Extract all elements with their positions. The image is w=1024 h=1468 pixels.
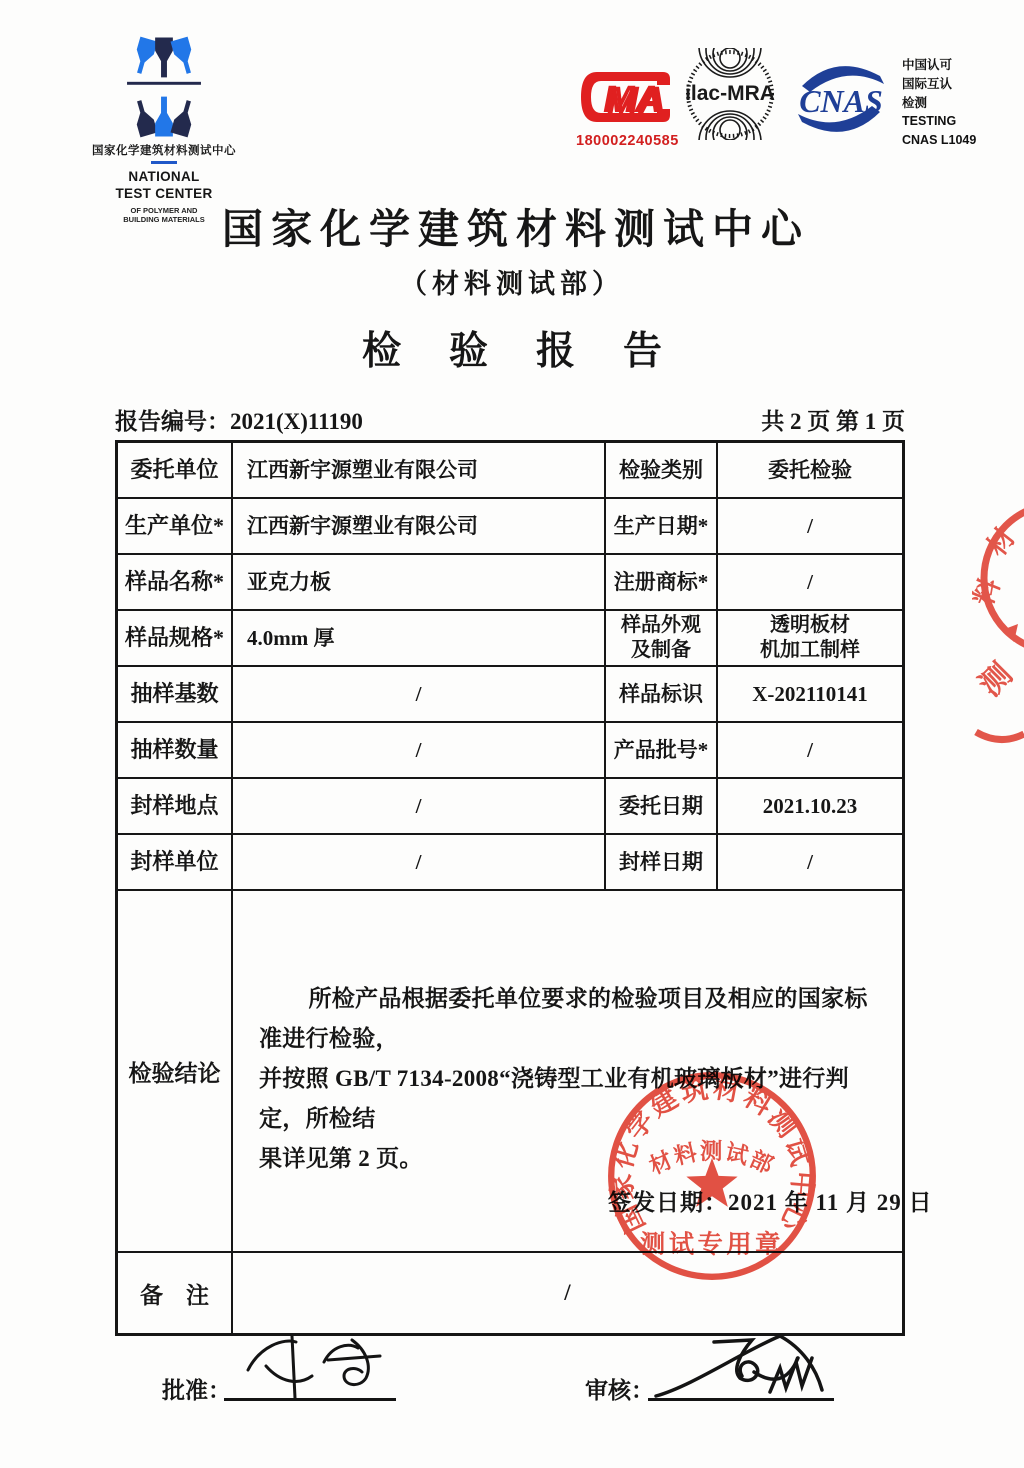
row-label: 抽样基数 — [118, 667, 233, 721]
pagination: 共 2 页 第 1 页 — [761, 403, 905, 436]
row-value: 委托检验 — [718, 443, 902, 497]
remark-label: 备 注 — [118, 1253, 233, 1333]
row-value: / — [718, 499, 902, 553]
row-label: 样品名称* — [118, 555, 233, 609]
table-row: 抽样数量 / 产品批号* / — [118, 723, 902, 779]
row-value: / — [718, 723, 902, 777]
ilac-block: ilac-MRA — [684, 48, 776, 145]
conclusion-label: 检验结论 — [118, 891, 233, 1251]
row-value: 2021.10.23 — [718, 779, 902, 833]
edge-stamp-bottom: 测 — [972, 652, 1024, 748]
row-value: X-202110141 — [718, 667, 902, 721]
report-number: 报告编号：2021(X)11190 — [115, 403, 363, 436]
approver-signature — [240, 1332, 420, 1404]
edge-stamp-char: 料 — [972, 574, 1006, 610]
report-meta-row: 报告编号：2021(X)11190 共 2 页 第 1 页 — [115, 400, 905, 436]
row-label: 委托单位 — [118, 443, 233, 497]
review-label: 审核： — [585, 1372, 654, 1405]
svg-text:MA: MA — [603, 79, 662, 121]
reviewer-signature — [652, 1328, 852, 1406]
row-label: 样品外观及制备 — [606, 611, 718, 665]
row-label: 封样单位 — [118, 835, 233, 889]
row-value: / — [233, 779, 606, 833]
row-label: 抽样数量 — [118, 723, 233, 777]
cma-logo: MA MA — [577, 68, 675, 126]
row-value: / — [718, 835, 902, 889]
issue-date: 签发日期：2021 年 11 月 29 日 — [608, 1184, 932, 1217]
row-label: 封样地点 — [118, 779, 233, 833]
table-row: 样品规格* 4.0mm 厚 样品外观及制备 透明板材机加工制样 — [118, 611, 902, 667]
row-value: 江西新宇源塑业有限公司 — [233, 499, 606, 553]
table-row: 样品名称* 亚克力板 注册商标* / — [118, 555, 902, 611]
accreditation-text: 中国认可国际互认检测TESTINGCNAS L1049 — [902, 56, 976, 150]
cnas-block: CNAS — [788, 60, 894, 143]
seal-bottom-text: 测试专用章 — [640, 1230, 784, 1259]
org-underline — [151, 161, 177, 164]
cnas-logo: CNAS — [788, 60, 894, 138]
row-label: 样品标识 — [606, 667, 718, 721]
ilac-label: ilac-MRA — [685, 82, 775, 105]
org-logo-icon — [127, 36, 201, 138]
row-value: / — [233, 667, 606, 721]
edge-stamp-top: 材 料 — [972, 502, 1024, 654]
cnas-label: CNAS — [799, 83, 883, 119]
row-value: 江西新宇源塑业有限公司 — [233, 443, 606, 497]
org-name-cn: 国家化学建筑材料测试中心 — [76, 142, 252, 158]
table-row: 委托单位 江西新宇源塑业有限公司 检验类别 委托检验 — [118, 443, 902, 499]
approve-label: 批准： — [162, 1372, 231, 1405]
ilac-mra-logo: ilac-MRA — [684, 48, 776, 140]
edge-stamp-char: 测 — [972, 656, 1019, 703]
row-label: 生产日期* — [606, 499, 718, 553]
row-label: 注册商标* — [606, 555, 718, 609]
round-seal-stamp: 国家化学建筑材料测试中心 材料测试部 测试专用章 — [604, 1068, 820, 1284]
row-label: 封样日期 — [606, 835, 718, 889]
table-row: 封样单位 / 封样日期 / — [118, 835, 902, 891]
row-value: / — [233, 723, 606, 777]
report-title: 检验报告 — [0, 320, 1024, 376]
cma-block: MA MA 180002240585 — [576, 68, 676, 149]
report-page: 国家化学建筑材料测试中心 NATIONAL TEST CENTER OF POL… — [0, 0, 1024, 1468]
row-label: 产品批号* — [606, 723, 718, 777]
row-label: 检验类别 — [606, 443, 718, 497]
page-subtitle: （材料测试部） — [0, 262, 1024, 301]
row-label: 生产单位* — [118, 499, 233, 553]
row-value: 4.0mm 厚 — [233, 611, 606, 665]
report-number-value: 2021(X)11190 — [230, 409, 363, 434]
report-number-label: 报告编号： — [115, 409, 230, 434]
row-value: / — [233, 835, 606, 889]
row-value: 亚克力板 — [233, 555, 606, 609]
row-value: / — [718, 555, 902, 609]
table-row: 封样地点 / 委托日期 2021.10.23 — [118, 779, 902, 835]
page-title: 国家化学建筑材料测试中心 — [0, 196, 1024, 255]
table-row: 抽样基数 / 样品标识 X-202110141 — [118, 667, 902, 723]
row-value: 透明板材机加工制样 — [718, 611, 902, 665]
table-row: 生产单位* 江西新宇源塑业有限公司 生产日期* / — [118, 499, 902, 555]
row-label: 委托日期 — [606, 779, 718, 833]
row-label: 样品规格* — [118, 611, 233, 665]
cma-number: 180002240585 — [576, 133, 676, 149]
